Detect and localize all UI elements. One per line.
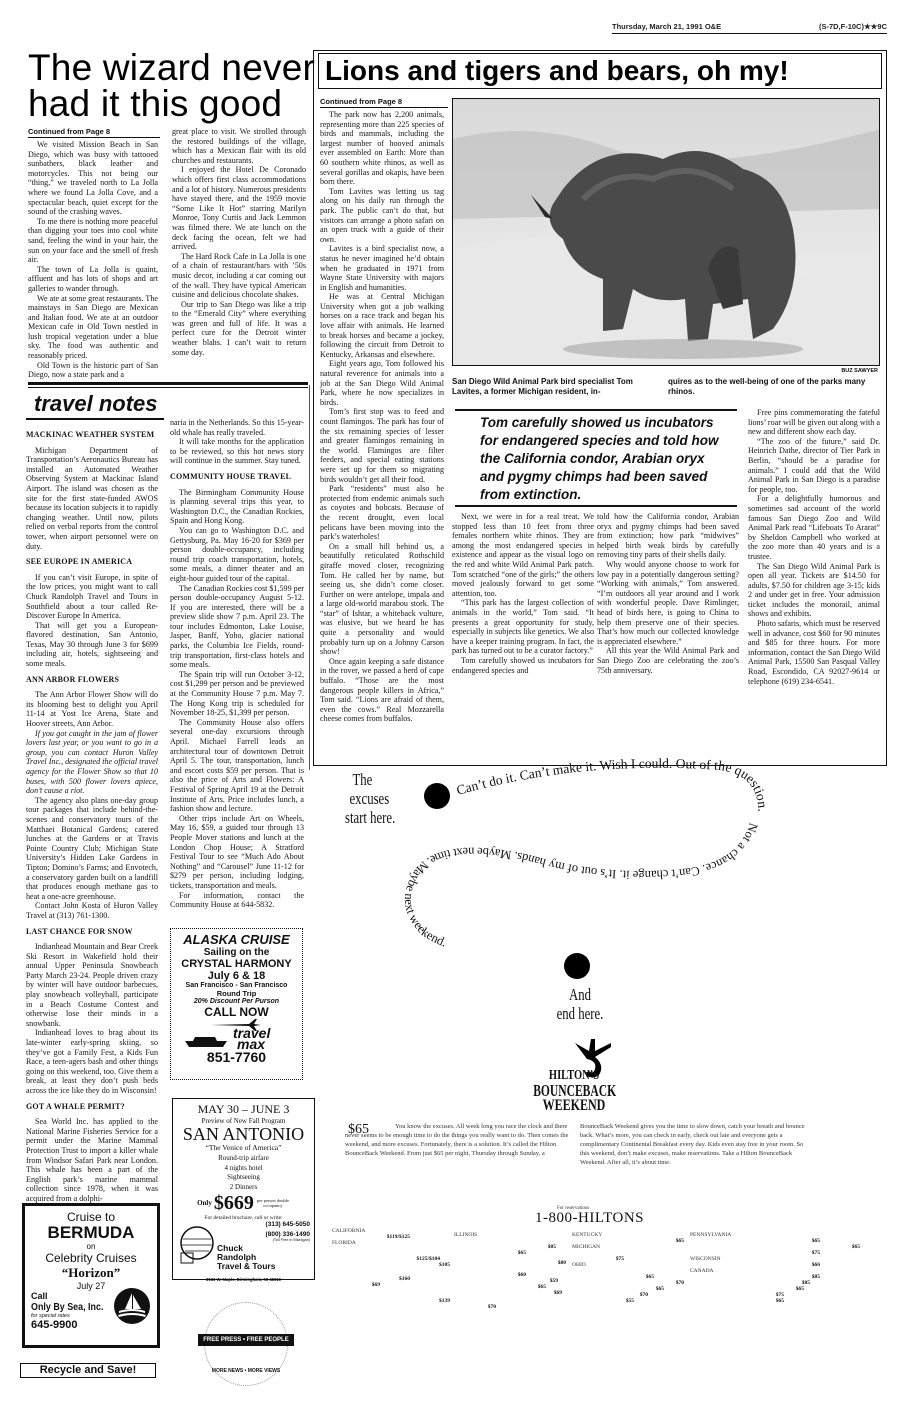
lions-headline: Lions and tigers and bears, oh my!: [318, 53, 882, 89]
date-line: Thursday, March 21, 1991 O&E: [612, 22, 721, 31]
excuses-loop-text: Not a chance. Can’t change it. It’s out …: [402, 821, 761, 949]
bullet-list: Round-trip airfare 4 nights hotel Sights…: [173, 1154, 314, 1192]
wizard-continued: Continued from Page 8: [28, 127, 160, 138]
svg-text:Not a chance. Can’t change it.: Not a chance. Can’t change it. It’s out …: [402, 821, 761, 949]
pullquote: Tom carefully showed us incubators for e…: [480, 414, 730, 504]
photo-caption-right: quires as to the well-being of one of th…: [668, 377, 880, 397]
hilton-phone: 1-800-HILTONS: [535, 1210, 644, 1227]
bermuda-cruise-ad: Cruise to BERMUDA on Celebrity Cruises “…: [22, 1203, 160, 1348]
travel-notes-rule: [26, 418, 164, 420]
lions-continued: Continued from Page 8: [320, 97, 448, 108]
san-antonio-ad: MAY 30 – JUNE 3 Preview of New Fall Prog…: [172, 1098, 315, 1280]
globe-logo-icon: [179, 1225, 215, 1265]
alaska-cruise-ad: ALASKA CRUISE Sailing on the CRYSTAL HAR…: [170, 928, 303, 1080]
hilton-body-left: You know the excuses. All week long you …: [345, 1122, 575, 1158]
free-press-band: FREE PRESS • FREE PEOPLE: [198, 1334, 294, 1346]
photo-caption-left: San Diego Wild Animal Park bird speciali…: [452, 377, 662, 397]
rhino-image: [453, 99, 880, 366]
ad-price: $669: [214, 1193, 254, 1213]
ad-city: SAN ANTONIO: [173, 1125, 314, 1143]
hilton-body-right: BounceBack Weekend gives you the time to…: [580, 1122, 810, 1167]
folio-line: Thursday, March 21, 1991 O&E (S-7D,F-10C…: [612, 22, 887, 34]
travelmax-logo: travel max: [171, 1019, 302, 1049]
hilton-end: And end here.: [550, 985, 610, 1023]
wizard-col-2: great place to visit. We strolled throug…: [172, 127, 306, 357]
rhino-photo: [452, 98, 880, 366]
pullquote-rule-top: [455, 409, 737, 411]
wizard-headline: The wizard never had it this good: [28, 50, 318, 122]
excuses-path-loop: Not a chance. Can’t change it. It’s out …: [330, 740, 904, 1000]
wizard-col-1: We visited Mission Beach in San Diego, w…: [28, 140, 158, 380]
hilton-logo: HILTON’S BOUNCEBACK WEEKEND: [514, 1068, 634, 1113]
lions-col-2: Next, we were in for a real treat. We st…: [452, 512, 594, 675]
call-now: CALL NOW: [171, 1005, 302, 1019]
travel-notes-heading: travel notes: [34, 392, 158, 416]
price-col-pennsylvania-wisconsin-canada: PENNSYLVANIA $65 $65 $75 WISCONSIN $66 C…: [690, 1232, 820, 1304]
free-press-emblem: FREE PRESS • FREE PEOPLE MORE NEWS • MOR…: [198, 1298, 294, 1390]
ad-destination: BERMUDA: [25, 1224, 157, 1242]
price-col-illinois: ILLINOIS $85 $65 $80 $60 $59 $65 $69 $70: [454, 1232, 566, 1310]
pullquote-rule-bottom: [455, 505, 737, 507]
travel-notes-col-1: MACKINAC WEATHER SYSTEM Michigan Departm…: [26, 424, 158, 1204]
section-divider-thin: [28, 387, 308, 388]
lions-col-1: The park now has 2,200 animals, represen…: [320, 110, 444, 724]
price-col-kentucky-michigan-ohio: KENTUCKY $65 MICHIGAN $75 OHIO $65 $70 $…: [572, 1232, 684, 1304]
travel-notes-col-2: naria in the Netherlands. So this 15-yea…: [170, 418, 304, 910]
photo-credit: BUZ SAWYER: [760, 368, 878, 374]
hilton-price-table: CALIFORNIA $119/$125 FLORIDA $125/$104 $…: [332, 1228, 892, 1338]
end-dot-icon: [564, 953, 590, 979]
lions-col-4: Free pins commemorating the fateful lion…: [748, 408, 880, 686]
ship-globe-icon: [113, 1287, 151, 1325]
price-col-california-florida: CALIFORNIA $119/$125 FLORIDA $125/$104 $…: [332, 1228, 450, 1304]
column-rule: [309, 385, 310, 770]
lions-col-3: told how the California condor, Arabian …: [597, 512, 739, 675]
ad-title: ALASKA CRUISE: [171, 932, 302, 947]
edition-code: (S-7D,F-10C)★★9C: [819, 22, 887, 31]
section-divider: [28, 382, 308, 385]
ship-icon: [185, 1035, 227, 1047]
recycle-banner: Recycle and Save!: [20, 1363, 156, 1378]
